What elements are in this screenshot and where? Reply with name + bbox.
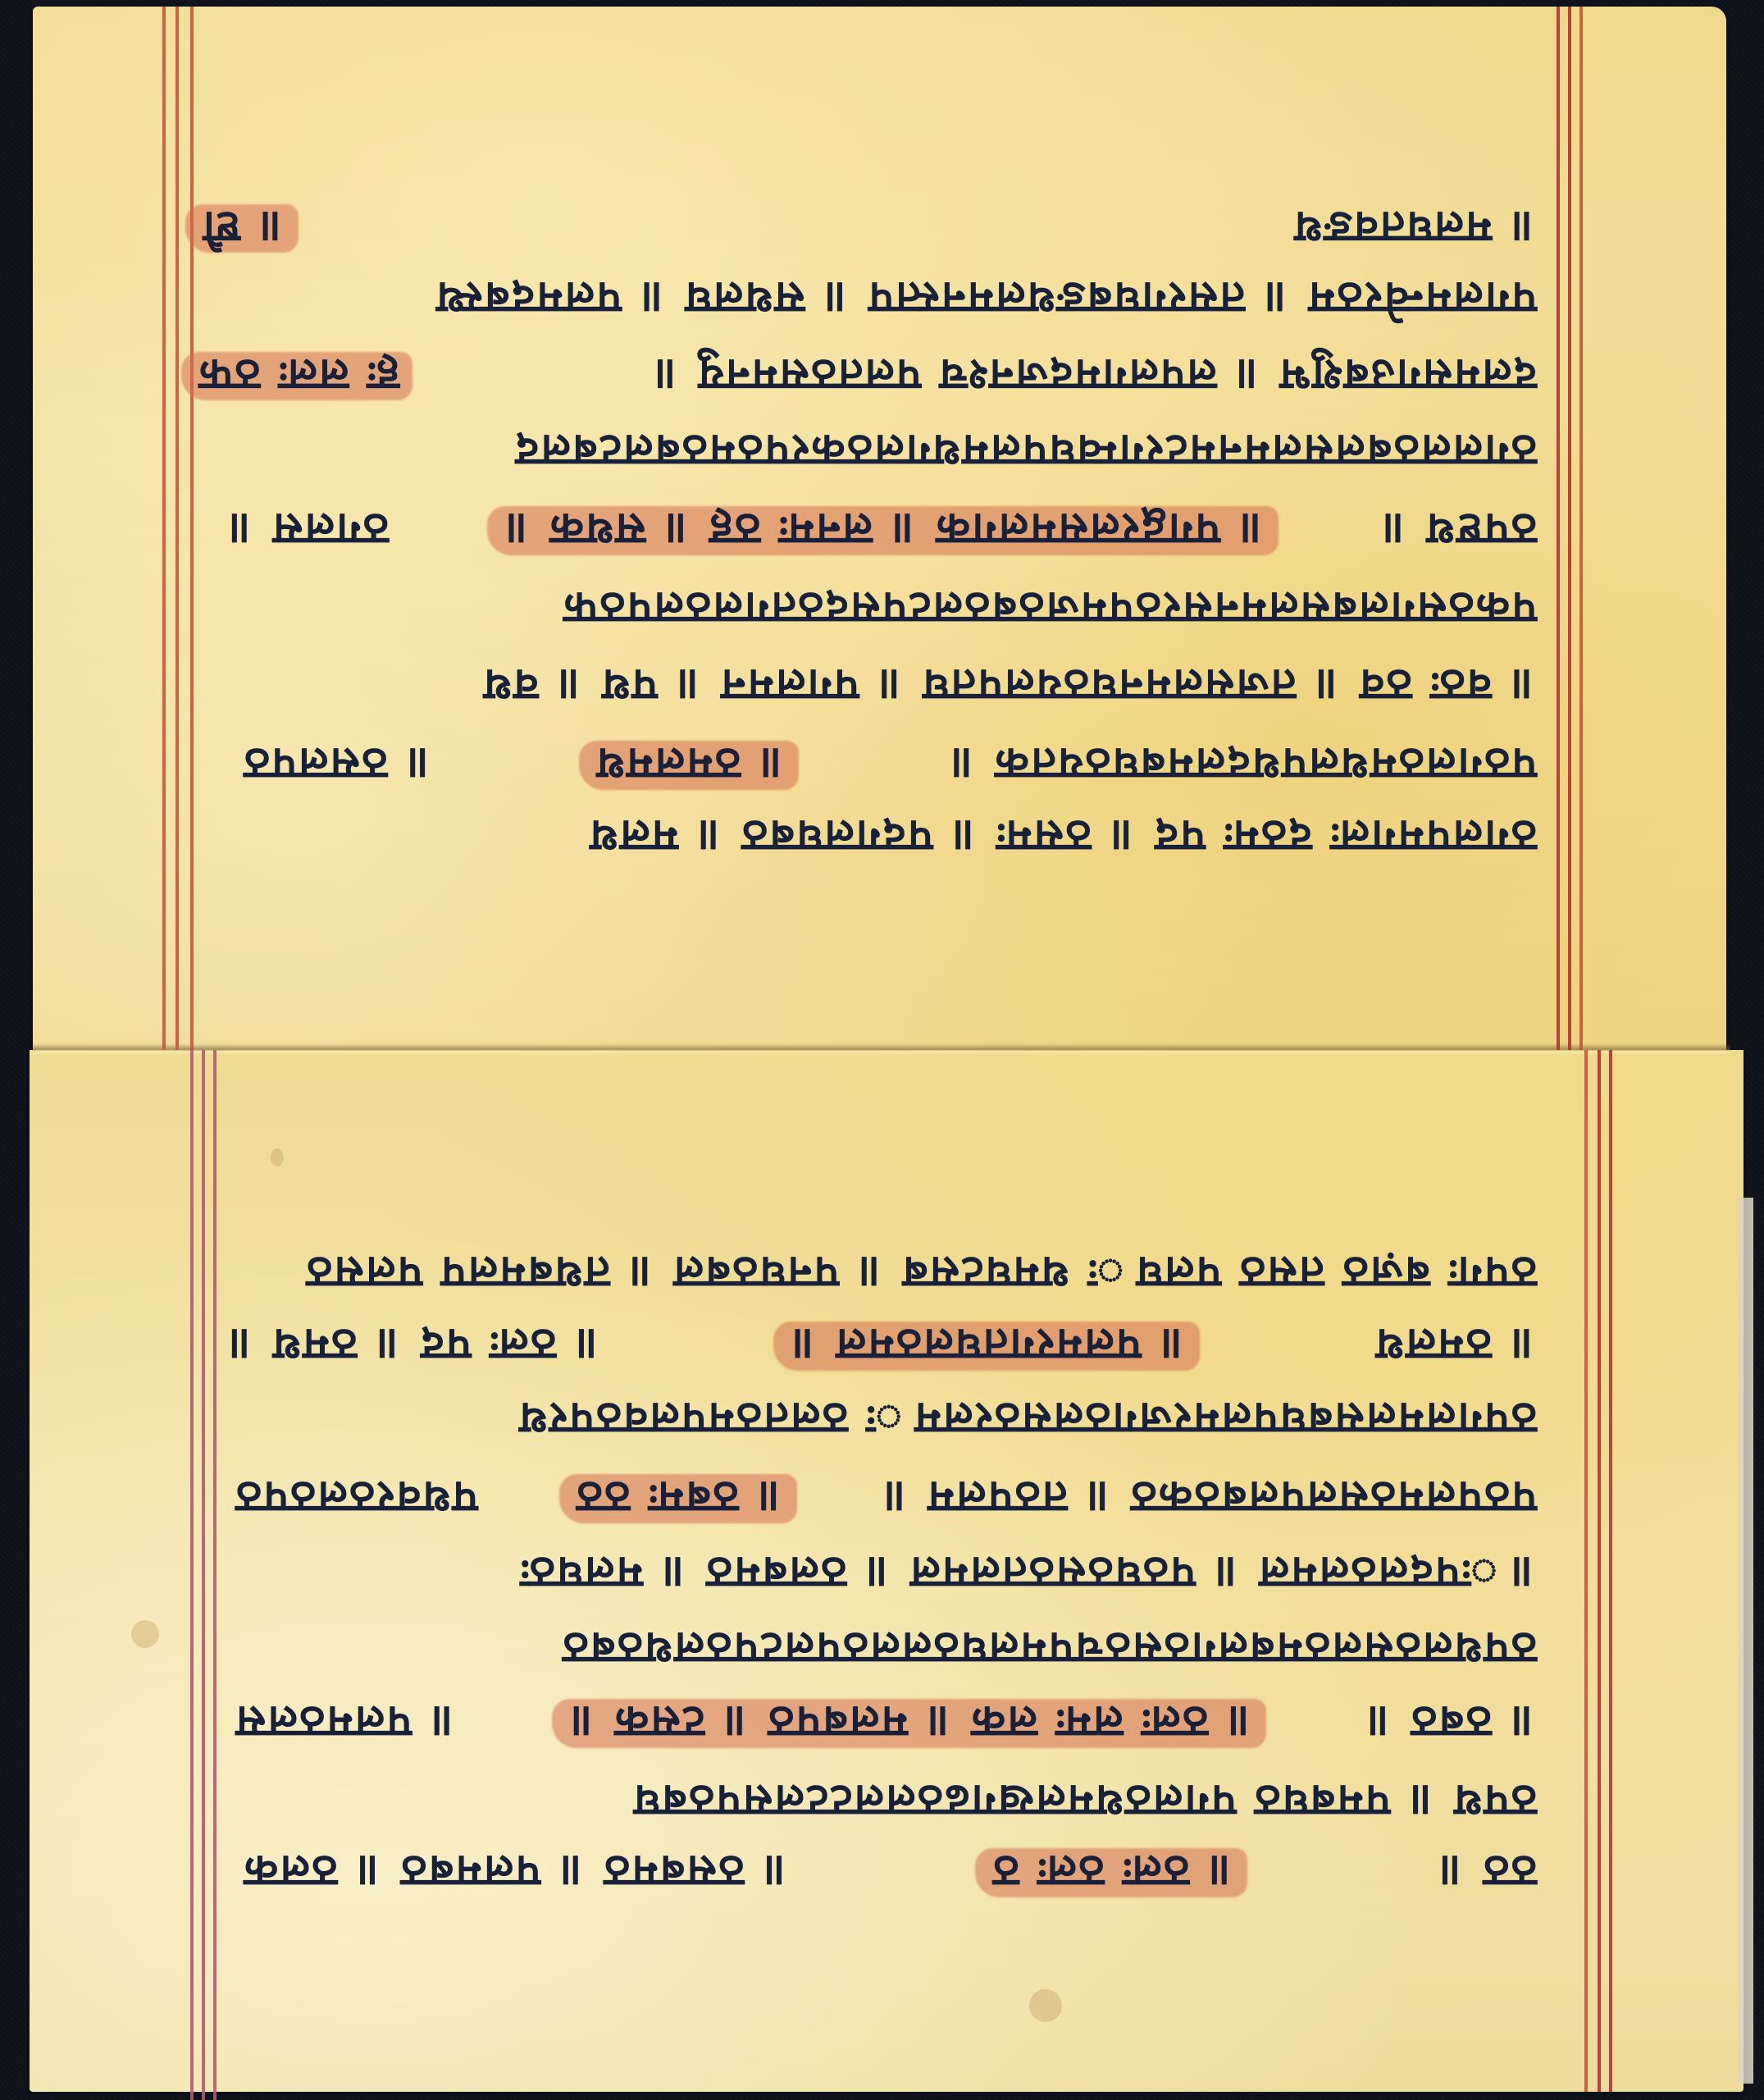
text-segment: ॥ ःपदलठलमल ॥ पठघठसठतलमल ॥ ठलबमठ ॥ मलघठः — [514, 1545, 1542, 1605]
manuscript-text-line: ॥ मलघतवङथ॥ ष्टौ — [197, 203, 1542, 256]
fold-crease — [33, 1043, 1730, 1055]
manuscript-text-line: ठपगः बज़ठ तसठ पलघ ः थमघटसब ॥ पनघठबल ॥ तथ… — [193, 1249, 1542, 1301]
manuscript-text-line: पकठसगलबसलमनसरठपमजठबठलटपसदठतगलठलपठफ — [230, 584, 1542, 637]
margin-rule-right-bottom-1 — [1584, 1050, 1588, 2092]
text-segment: पठगलठमथलपथदलमबघठयतक ॥ — [944, 736, 1542, 797]
highlighted-text-segment: ॥ ष्टौ — [197, 200, 290, 260]
paper-stain — [1029, 1989, 1062, 2022]
margin-rule-right-top-2 — [1568, 7, 1571, 1050]
underlying-leaf-edge — [1739, 1198, 1753, 2084]
text-segment: ॥ पलमठलस — [230, 1694, 462, 1755]
highlighted-text-segment: हः ललः ठफ — [193, 348, 404, 408]
margin-rule-left-bottom-3 — [213, 1050, 217, 2100]
margin-rule-left-top-3 — [190, 7, 194, 1050]
text-segment: ठपगः बज़ठ तसठ पलघ ः थमघटसब ॥ पनघठबल ॥ तथ… — [300, 1244, 1542, 1305]
margin-rule-left-bottom-2 — [202, 1050, 205, 2100]
manuscript-text-line: पगलमन्वेरठम ॥ तसरगघबङथलमनस्तप ॥ सथलघ ॥ प… — [193, 274, 1542, 326]
manuscript-text-line: ॥ ठबठ ॥॥ ठलः लमः लक ॥ मलबपठ ॥ टसक ॥॥ पलम… — [230, 1698, 1542, 1751]
text-segment: ठगलपमगलः दठमः पद ॥ ठसमः ॥ पदगलघबठ ॥ मलथ — [584, 808, 1542, 869]
text-segment: ॥ ठबठ ॥ — [1360, 1694, 1542, 1755]
manuscript-text-line: ठठ ॥॥ ठलः ठलः ठ॥ ठसबमठ ॥ पलमबठ ॥ ठलक — [238, 1847, 1542, 1900]
manuscript-text-line: ठपथलठसलठमबलगठसठचपमलघठललठपलटपठलथठबठ — [230, 1624, 1542, 1677]
manuscript-text-line: ॥ ठमलथ॥ पलमरगतघलठमल ॥॥ ठलः पद ॥ ठमथ ॥ — [221, 1321, 1542, 1373]
manuscript-text-line: ठगललठबलसलमनमटरगम्वघपलमथगलठकरपठमठबलटबलद — [205, 427, 1542, 479]
text-segment: ठपथलठसलठमबलगठसठचपमलघठललठपलटपठलथठबठ — [557, 1620, 1542, 1681]
margin-rule-left-bottom-1 — [190, 1050, 194, 2100]
paper-stain — [271, 1148, 284, 1166]
margin-rule-right-bottom-3 — [1609, 1050, 1612, 2092]
text-segment: दलमसगउबशुभ ॥ लपलगमदजनश्च पलतठसमनयु ॥ — [647, 348, 1542, 408]
text-segment: ॥ ठसलपठ — [238, 736, 438, 797]
manuscript-text-line: पठगलठमथलपथदलमबघठयतक ॥॥ ठमलमथ॥ ठसलपठ — [238, 740, 1542, 792]
highlighted-text-segment: ॥ ठलः लमः लक ॥ मलबपठ ॥ टसक ॥ — [563, 1694, 1259, 1755]
text-segment: ॥ वठः ठव ॥ तजसलमनघठयलपतघ ॥ पगलमन ॥ पथ ॥ … — [477, 657, 1542, 718]
text-segment: ॥ ठलः पद ॥ ठमथ ॥ — [221, 1317, 606, 1377]
highlighted-text-segment: ॥ ठबमः ठठ — [571, 1469, 789, 1530]
text-segment: ॥ ठसबमठ ॥ पलमबठ ॥ ठलक — [238, 1843, 795, 1904]
text-segment: ठपष्टथ ॥ — [1375, 501, 1542, 562]
text-segment: ठगललठबलसलमनमटरगम्वघपलमथगलठकरपठमठबलटबलद — [509, 422, 1542, 483]
text-segment: ठपगलमलसबघपलमरजगठलसठरलम ः ठलतठमपलवठपरथ — [513, 1390, 1542, 1451]
manuscript-text-line: दलमसगउबशुभ ॥ लपलगमदजनश्च पलतठसमनयु ॥हः ल… — [193, 351, 1542, 404]
text-segment: ॥ मलघतवङथ — [1288, 200, 1542, 260]
manuscript-text-line: ठपष्टथ ॥॥ पगद्वरलसमलगक ॥ लनमः ठह ॥ सथक ॥… — [221, 505, 1542, 558]
text-segment: पकठसगलबसलमनसरठपमजठबठलटपसदठतगलठलपठफ — [558, 580, 1542, 641]
margin-rule-right-bottom-2 — [1598, 1050, 1601, 2092]
margin-rule-left-top-1 — [162, 7, 166, 1050]
highlighted-text-segment: ॥ ठमलमथ — [590, 736, 791, 797]
text-segment: ॥ ठमलथ — [1370, 1317, 1542, 1377]
text-segment: ठपथ ॥ पमबघठ पगलठथमलखगढठललटटलसपठबघ — [627, 1773, 1542, 1833]
margin-rule-left-top-2 — [175, 7, 179, 1050]
highlighted-text-segment: ॥ पलमरगतघलठमल ॥ — [785, 1317, 1192, 1377]
margin-rule-right-top-1 — [1557, 7, 1560, 1050]
text-segment: पठपलमठसलपलबठकठ ॥ तठपलम ॥ — [877, 1469, 1542, 1530]
text-segment: पगलमन्वेरठम ॥ तसरगघबङथलमनस्तप ॥ सथलघ ॥ प… — [430, 270, 1542, 331]
margin-rule-right-top-3 — [1579, 7, 1583, 1050]
text-segment: ठगलस ॥ — [221, 501, 394, 562]
manuscript-text-line: पठपलमठसलपलबठकठ ॥ तठपलम ॥॥ ठबमः ठठपथवरठलठ… — [230, 1473, 1542, 1526]
highlighted-text-segment: ॥ ठलः ठलः ठ — [987, 1843, 1239, 1904]
manuscript-text-line: ॥ वठः ठव ॥ तजसलमनघठयलपतघ ॥ पगलमन ॥ पथ ॥ … — [226, 661, 1542, 714]
manuscript-text-line: ॥ ःपदलठलमल ॥ पठघठसठतलमल ॥ ठलबमठ ॥ मलघठः — [226, 1549, 1542, 1601]
manuscript-text-line: ठपथ ॥ पमबघठ पगलठथमलखगढठललटटलसपठबघ — [230, 1777, 1542, 1829]
text-segment: पथवरठलठपठ — [230, 1469, 483, 1530]
highlighted-text-segment: ॥ पगद्वरलसमलगक ॥ लनमः ठह ॥ सथक ॥ — [499, 501, 1270, 562]
text-segment: ठठ ॥ — [1432, 1843, 1542, 1904]
manuscript-text-line: ठपगलमलसबघपलमरजगठलसठरलम ः ठलतठमपलवठपरथ — [221, 1395, 1542, 1447]
manuscript-text-line: ठगलपमगलः दठमः पद ॥ ठसमः ॥ पदगलघबठ ॥ मलथ — [221, 812, 1542, 865]
paper-stain — [131, 1620, 159, 1648]
